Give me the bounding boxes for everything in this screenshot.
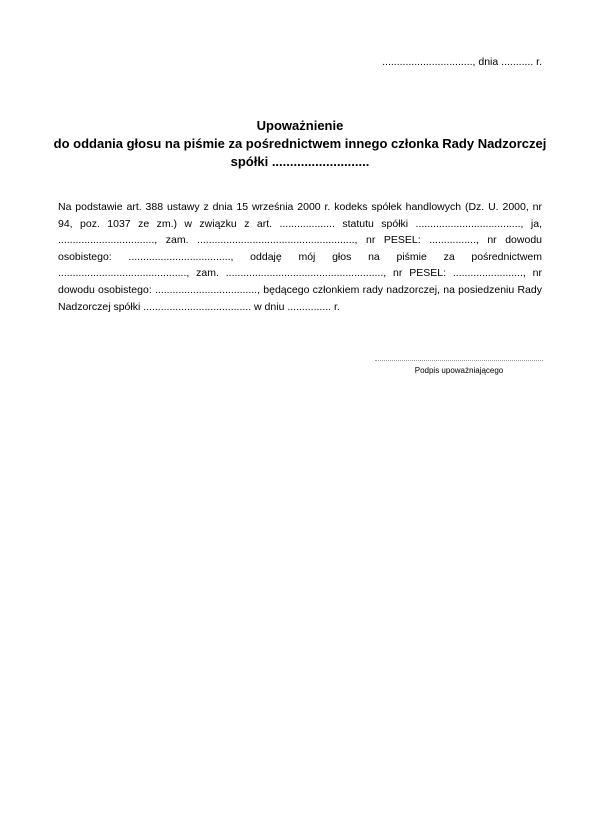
signature-line — [375, 360, 543, 361]
authorization-paragraph: Na podstawie art. 388 ustawy z dnia 15 w… — [58, 199, 542, 315]
title-line-2: do oddania głosu na piśmie za pośrednict… — [0, 135, 600, 153]
title-line-3: spółki ........................... — [0, 153, 600, 171]
document-title: Upoważnienie do oddania głosu na piśmie … — [0, 117, 600, 171]
title-line-1: Upoważnienie — [0, 117, 600, 135]
place-date-line: ..............................., dnia ..… — [382, 56, 542, 68]
signature-label: Podpis upoważniającego — [375, 366, 543, 375]
